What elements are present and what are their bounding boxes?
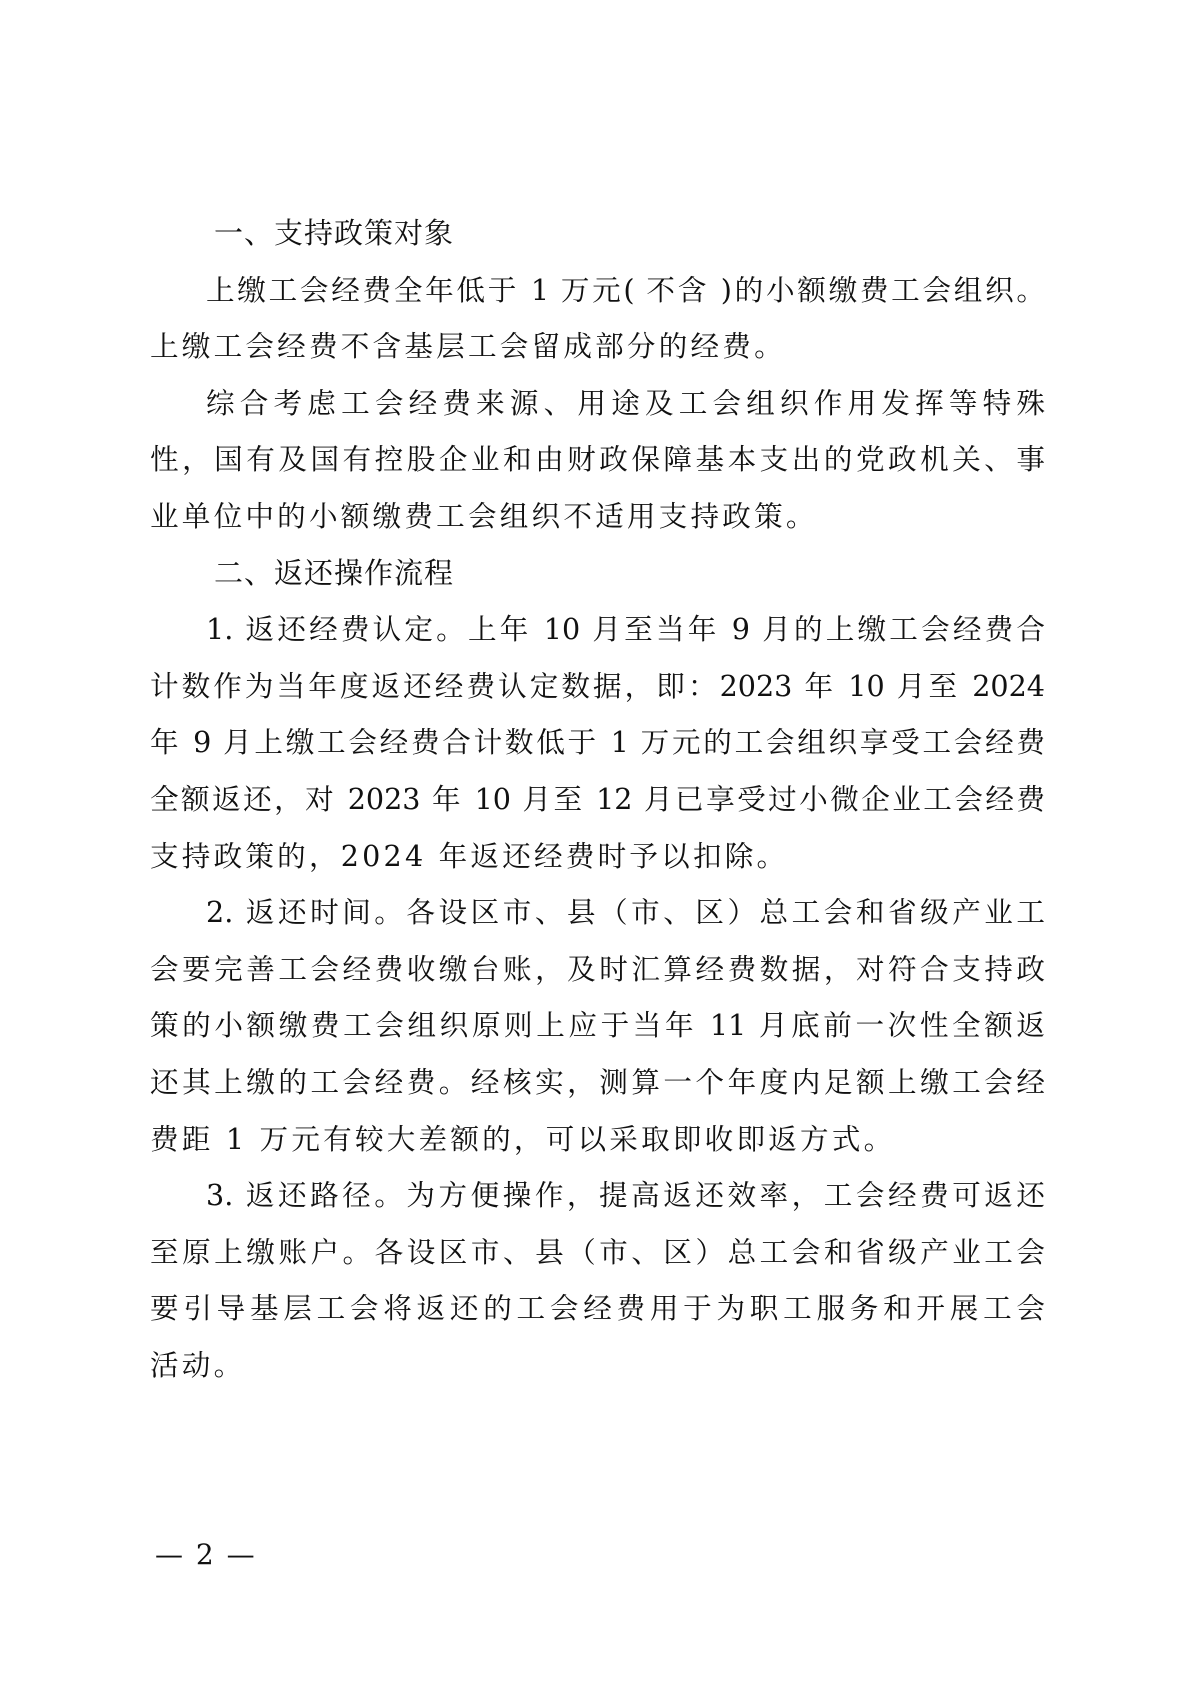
section-heading-2: 二、返还操作流程 bbox=[150, 545, 1045, 602]
paragraph-line: 性，国有及国有控股企业和由财政保障基本支出的党政机关、事 bbox=[150, 431, 1045, 488]
paragraph-line: 全额返还，对 2023 年 10 月至 12 月已享受过小微企业工会经费 bbox=[150, 771, 1045, 828]
paragraph-line: 策的小额缴费工会组织原则上应于当年 11 月底前一次性全额返 bbox=[150, 997, 1045, 1054]
paragraph-line: 会要完善工会经费收缴台账，及时汇算经费数据，对符合支持政 bbox=[150, 941, 1045, 998]
document-page: 一、支持政策对象 上缴工会经费全年低于 1 万元( 不含 )的小额缴费工会组织。… bbox=[150, 205, 1045, 1393]
paragraph-line: 上缴工会经费不含基层工会留成部分的经费。 bbox=[150, 318, 1045, 375]
paragraph-line: 综合考虑工会经费来源、用途及工会组织作用发挥等特殊 bbox=[150, 375, 1045, 432]
section-heading-1: 一、支持政策对象 bbox=[150, 205, 1045, 262]
paragraph-line: 上缴工会经费全年低于 1 万元( 不含 )的小额缴费工会组织。 bbox=[150, 262, 1045, 319]
paragraph-line: 活动。 bbox=[150, 1337, 1045, 1394]
paragraph-line: 2. 返还时间。各设区市、县（市、区）总工会和省级产业工 bbox=[150, 884, 1045, 941]
paragraph-line: 要引导基层工会将返还的工会经费用于为职工服务和开展工会 bbox=[150, 1280, 1045, 1337]
paragraph-line: 费距 1 万元有较大差额的，可以采取即收即返方式。 bbox=[150, 1111, 1045, 1168]
paragraph-line: 计数作为当年度返还经费认定数据，即：2023 年 10 月至 2024 bbox=[150, 658, 1045, 715]
paragraph-line: 支持政策的，2024 年返还经费时予以扣除。 bbox=[150, 828, 1045, 885]
paragraph-line: 业单位中的小额缴费工会组织不适用支持政策。 bbox=[150, 488, 1045, 545]
paragraph-line: 1. 返还经费认定。上年 10 月至当年 9 月的上缴工会经费合 bbox=[150, 601, 1045, 658]
paragraph-line: 还其上缴的工会经费。经核实，测算一个年度内足额上缴工会经 bbox=[150, 1054, 1045, 1111]
paragraph-line: 3. 返还路径。为方便操作，提高返还效率，工会经费可返还 bbox=[150, 1167, 1045, 1224]
paragraph-line: 年 9 月上缴工会经费合计数低于 1 万元的工会组织享受工会经费 bbox=[150, 714, 1045, 771]
page-number: — 2 — bbox=[155, 1538, 257, 1571]
paragraph-line: 至原上缴账户。各设区市、县（市、区）总工会和省级产业工会 bbox=[150, 1224, 1045, 1281]
